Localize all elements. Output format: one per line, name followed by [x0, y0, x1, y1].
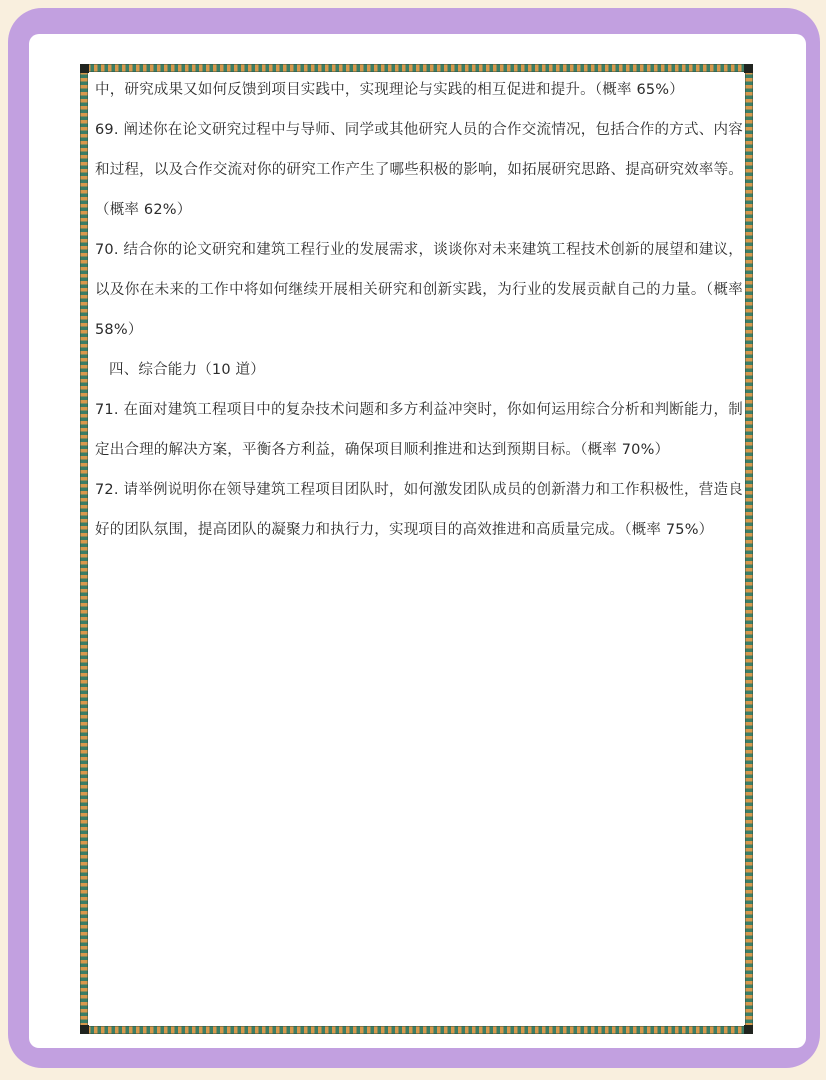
question-70: 70. 结合你的论文研究和建筑工程行业的发展需求，谈谈你对未来建筑工程技术创新的…: [95, 230, 743, 350]
ribbon-border-left: [80, 64, 88, 1034]
text-line: 以及你在未来的工作中将如何继续开展相关研究和创新实践，为行业的发展贡献自己的力量…: [95, 270, 743, 310]
document-content: 中，研究成果又如何反馈到项目实践中，实现理论与实践的相互促进和提升。（概率 65…: [95, 70, 743, 550]
text-line: 四、综合能力（10 道）: [95, 350, 743, 390]
text-line: 71. 在面对建筑工程项目中的复杂技术问题和多方利益冲突时，你如何运用综合分析和…: [95, 390, 743, 430]
question-72: 72. 请举例说明你在领导建筑工程项目团队时，如何激发团队成员的创新潜力和工作积…: [95, 470, 743, 550]
ribbon-corner-bottom-left: [80, 1025, 89, 1034]
question-71: 71. 在面对建筑工程项目中的复杂技术问题和多方利益冲突时，你如何运用综合分析和…: [95, 390, 743, 470]
paragraph-68-continuation: 中，研究成果又如何反馈到项目实践中，实现理论与实践的相互促进和提升。（概率 65…: [95, 70, 743, 110]
ribbon-corner-top-right: [744, 64, 753, 73]
text-line: 中，研究成果又如何反馈到项目实践中，实现理论与实践的相互促进和提升。（概率 65…: [95, 70, 743, 110]
text-line: 定出合理的解决方案，平衡各方利益，确保项目顺利推进和达到预期目标。（概率 70%…: [95, 430, 743, 470]
ribbon-border-bottom: [80, 1026, 753, 1034]
ribbon-corner-bottom-right: [744, 1025, 753, 1034]
text-line: 70. 结合你的论文研究和建筑工程行业的发展需求，谈谈你对未来建筑工程技术创新的…: [95, 230, 743, 270]
text-line: 58%）: [95, 310, 743, 350]
text-line: 好的团队氛围，提高团队的凝聚力和执行力，实现项目的高效推进和高质量完成。（概率 …: [95, 510, 743, 550]
text-line: 69. 阐述你在论文研究过程中与导师、同学或其他研究人员的合作交流情况，包括合作…: [95, 110, 743, 150]
section-heading-4: 四、综合能力（10 道）: [95, 350, 743, 390]
question-69: 69. 阐述你在论文研究过程中与导师、同学或其他研究人员的合作交流情况，包括合作…: [95, 110, 743, 230]
text-line: （概率 62%）: [95, 190, 743, 230]
ribbon-corner-top-left: [80, 64, 89, 73]
text-line: 72. 请举例说明你在领导建筑工程项目团队时，如何激发团队成员的创新潜力和工作积…: [95, 470, 743, 510]
text-line: 和过程，以及合作交流对你的研究工作产生了哪些积极的影响，如拓展研究思路、提高研究…: [95, 150, 743, 190]
ribbon-border-right: [745, 64, 753, 1034]
